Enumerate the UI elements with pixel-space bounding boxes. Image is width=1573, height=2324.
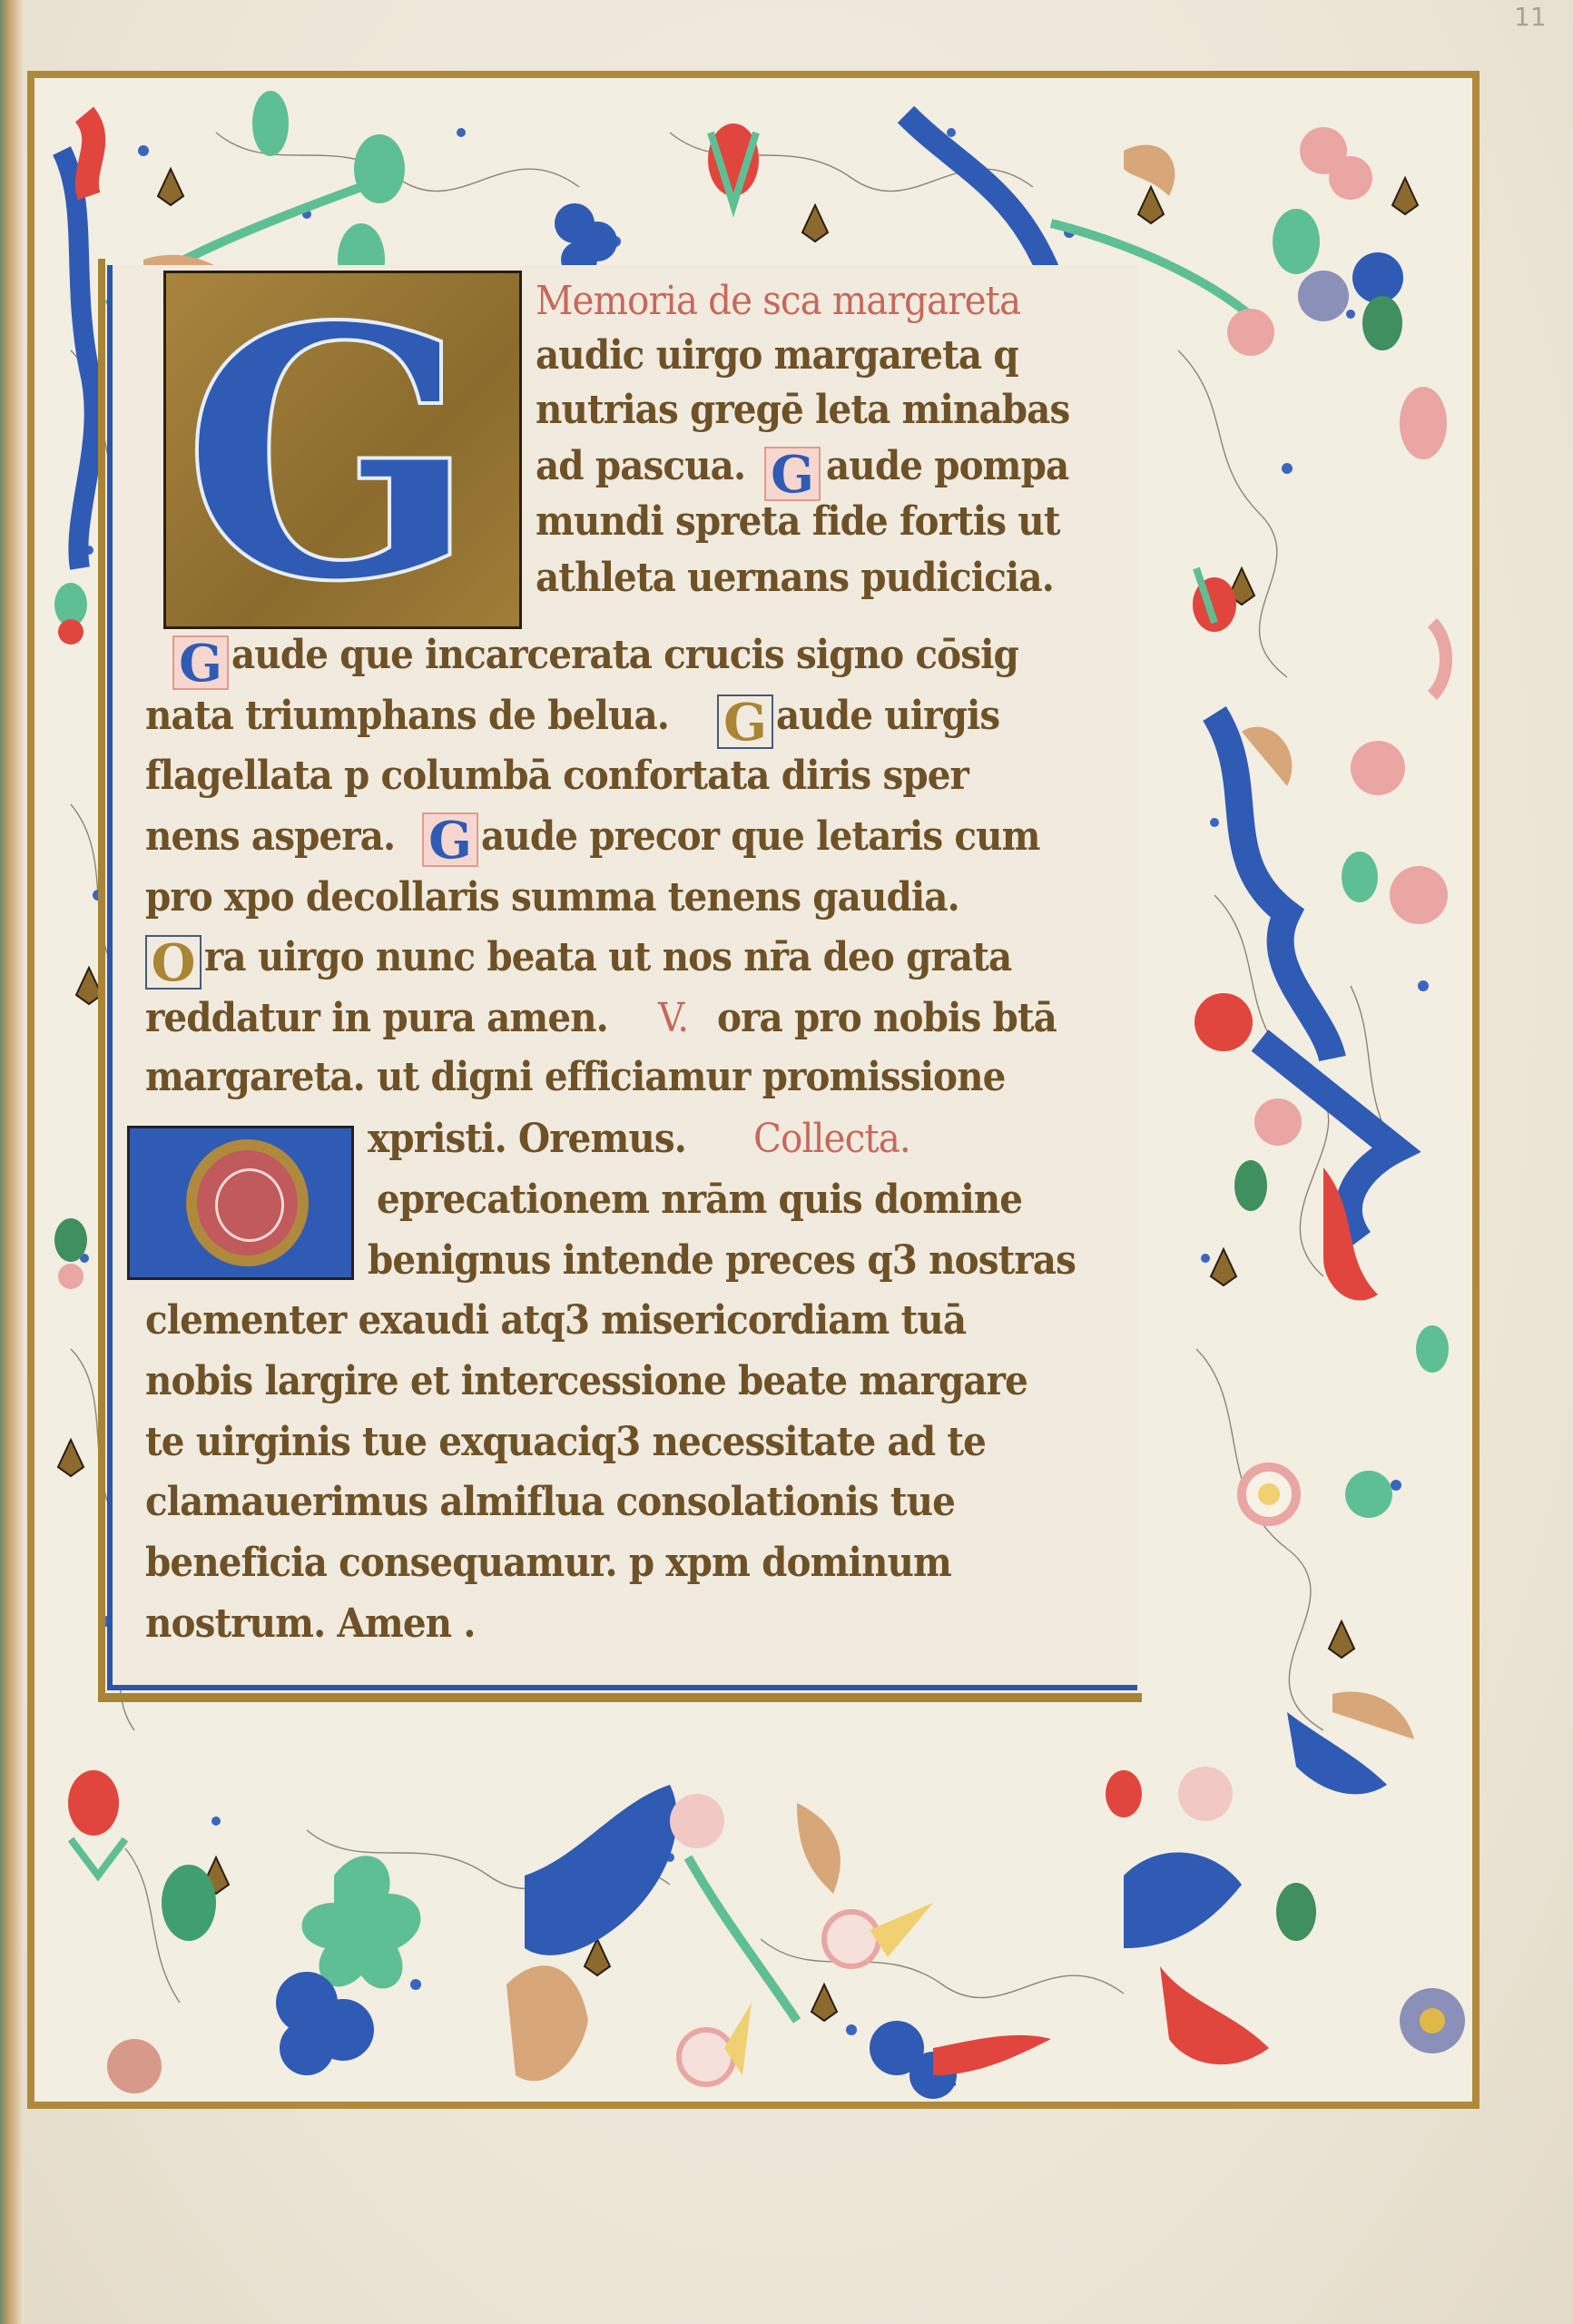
versicle-mark: V. <box>658 994 688 1043</box>
text-line: xpristi. Oremus. <box>368 1115 686 1164</box>
text-line: clamauerimus almiflua consolationis tue <box>145 1478 955 1527</box>
text-line: flagellata p columbā confortata diris sp… <box>145 752 968 801</box>
text-line: te uirginis tue exquaciq3 necessitate ad… <box>145 1418 986 1467</box>
text-line: aude precor que letaris cum <box>481 812 1040 862</box>
text-line: reddatur in pura amen. <box>145 994 608 1043</box>
text-line: pro xpo decollaris summa tenens gaudia. <box>145 873 959 922</box>
text-line: mundi spreta fide fortis ut <box>536 497 1060 547</box>
initial-d-disc <box>186 1139 309 1266</box>
manuscript-page: 11 <box>0 0 1573 2324</box>
text-line: nobis largire et intercessione beate mar… <box>145 1357 1027 1406</box>
text-line: aude pompa <box>826 442 1068 491</box>
rubric-collecta: Collecta. <box>753 1115 910 1164</box>
small-initial-g: G <box>172 635 229 690</box>
text-line: beneficia consequamur. p xpm dominum <box>145 1539 951 1588</box>
text-line: audic uirgo margareta q <box>536 331 1018 380</box>
historiated-initial-g: G <box>163 271 522 629</box>
text-line: athleta uernans pudicicia. <box>536 554 1054 603</box>
text-line: ra uirgo nunc beata ut nos nr̄a deo grat… <box>204 933 1011 982</box>
text-line: eprecationem nrām quis domine <box>377 1176 1022 1225</box>
text-line: margareta. ut digni efficiamur promissio… <box>145 1053 1005 1102</box>
text-line: aude que incarcerata crucis signo cōsig <box>231 631 1018 680</box>
text-line: nostrum. Amen . <box>145 1600 476 1649</box>
text-line: ad pascua. <box>536 442 745 491</box>
decorated-initial-d <box>127 1126 354 1280</box>
small-initial-g: G <box>764 447 821 501</box>
text-line: aude uirgis <box>776 692 999 741</box>
text-line: nata triumphans de belua. <box>145 692 669 741</box>
initial-letter: G <box>182 282 477 627</box>
text-line: clementer exaudi atq3 misericordiam tuā <box>145 1296 966 1345</box>
rubric-heading: Memoria de sca margareta <box>536 277 1020 326</box>
facing-page-edge <box>0 0 24 2324</box>
small-initial-g: G <box>422 812 478 867</box>
text-line: benignus intende preces q3 nostras <box>368 1236 1076 1285</box>
text-line: nutrias gregē leta minabas <box>536 386 1069 435</box>
folio-number: 11 <box>1514 2 1547 32</box>
text-line: ora pro nobis btā <box>717 994 1057 1043</box>
small-initial-o: O <box>145 935 202 990</box>
text-line: nens aspera. <box>145 812 395 862</box>
small-initial-g: G <box>717 694 773 749</box>
